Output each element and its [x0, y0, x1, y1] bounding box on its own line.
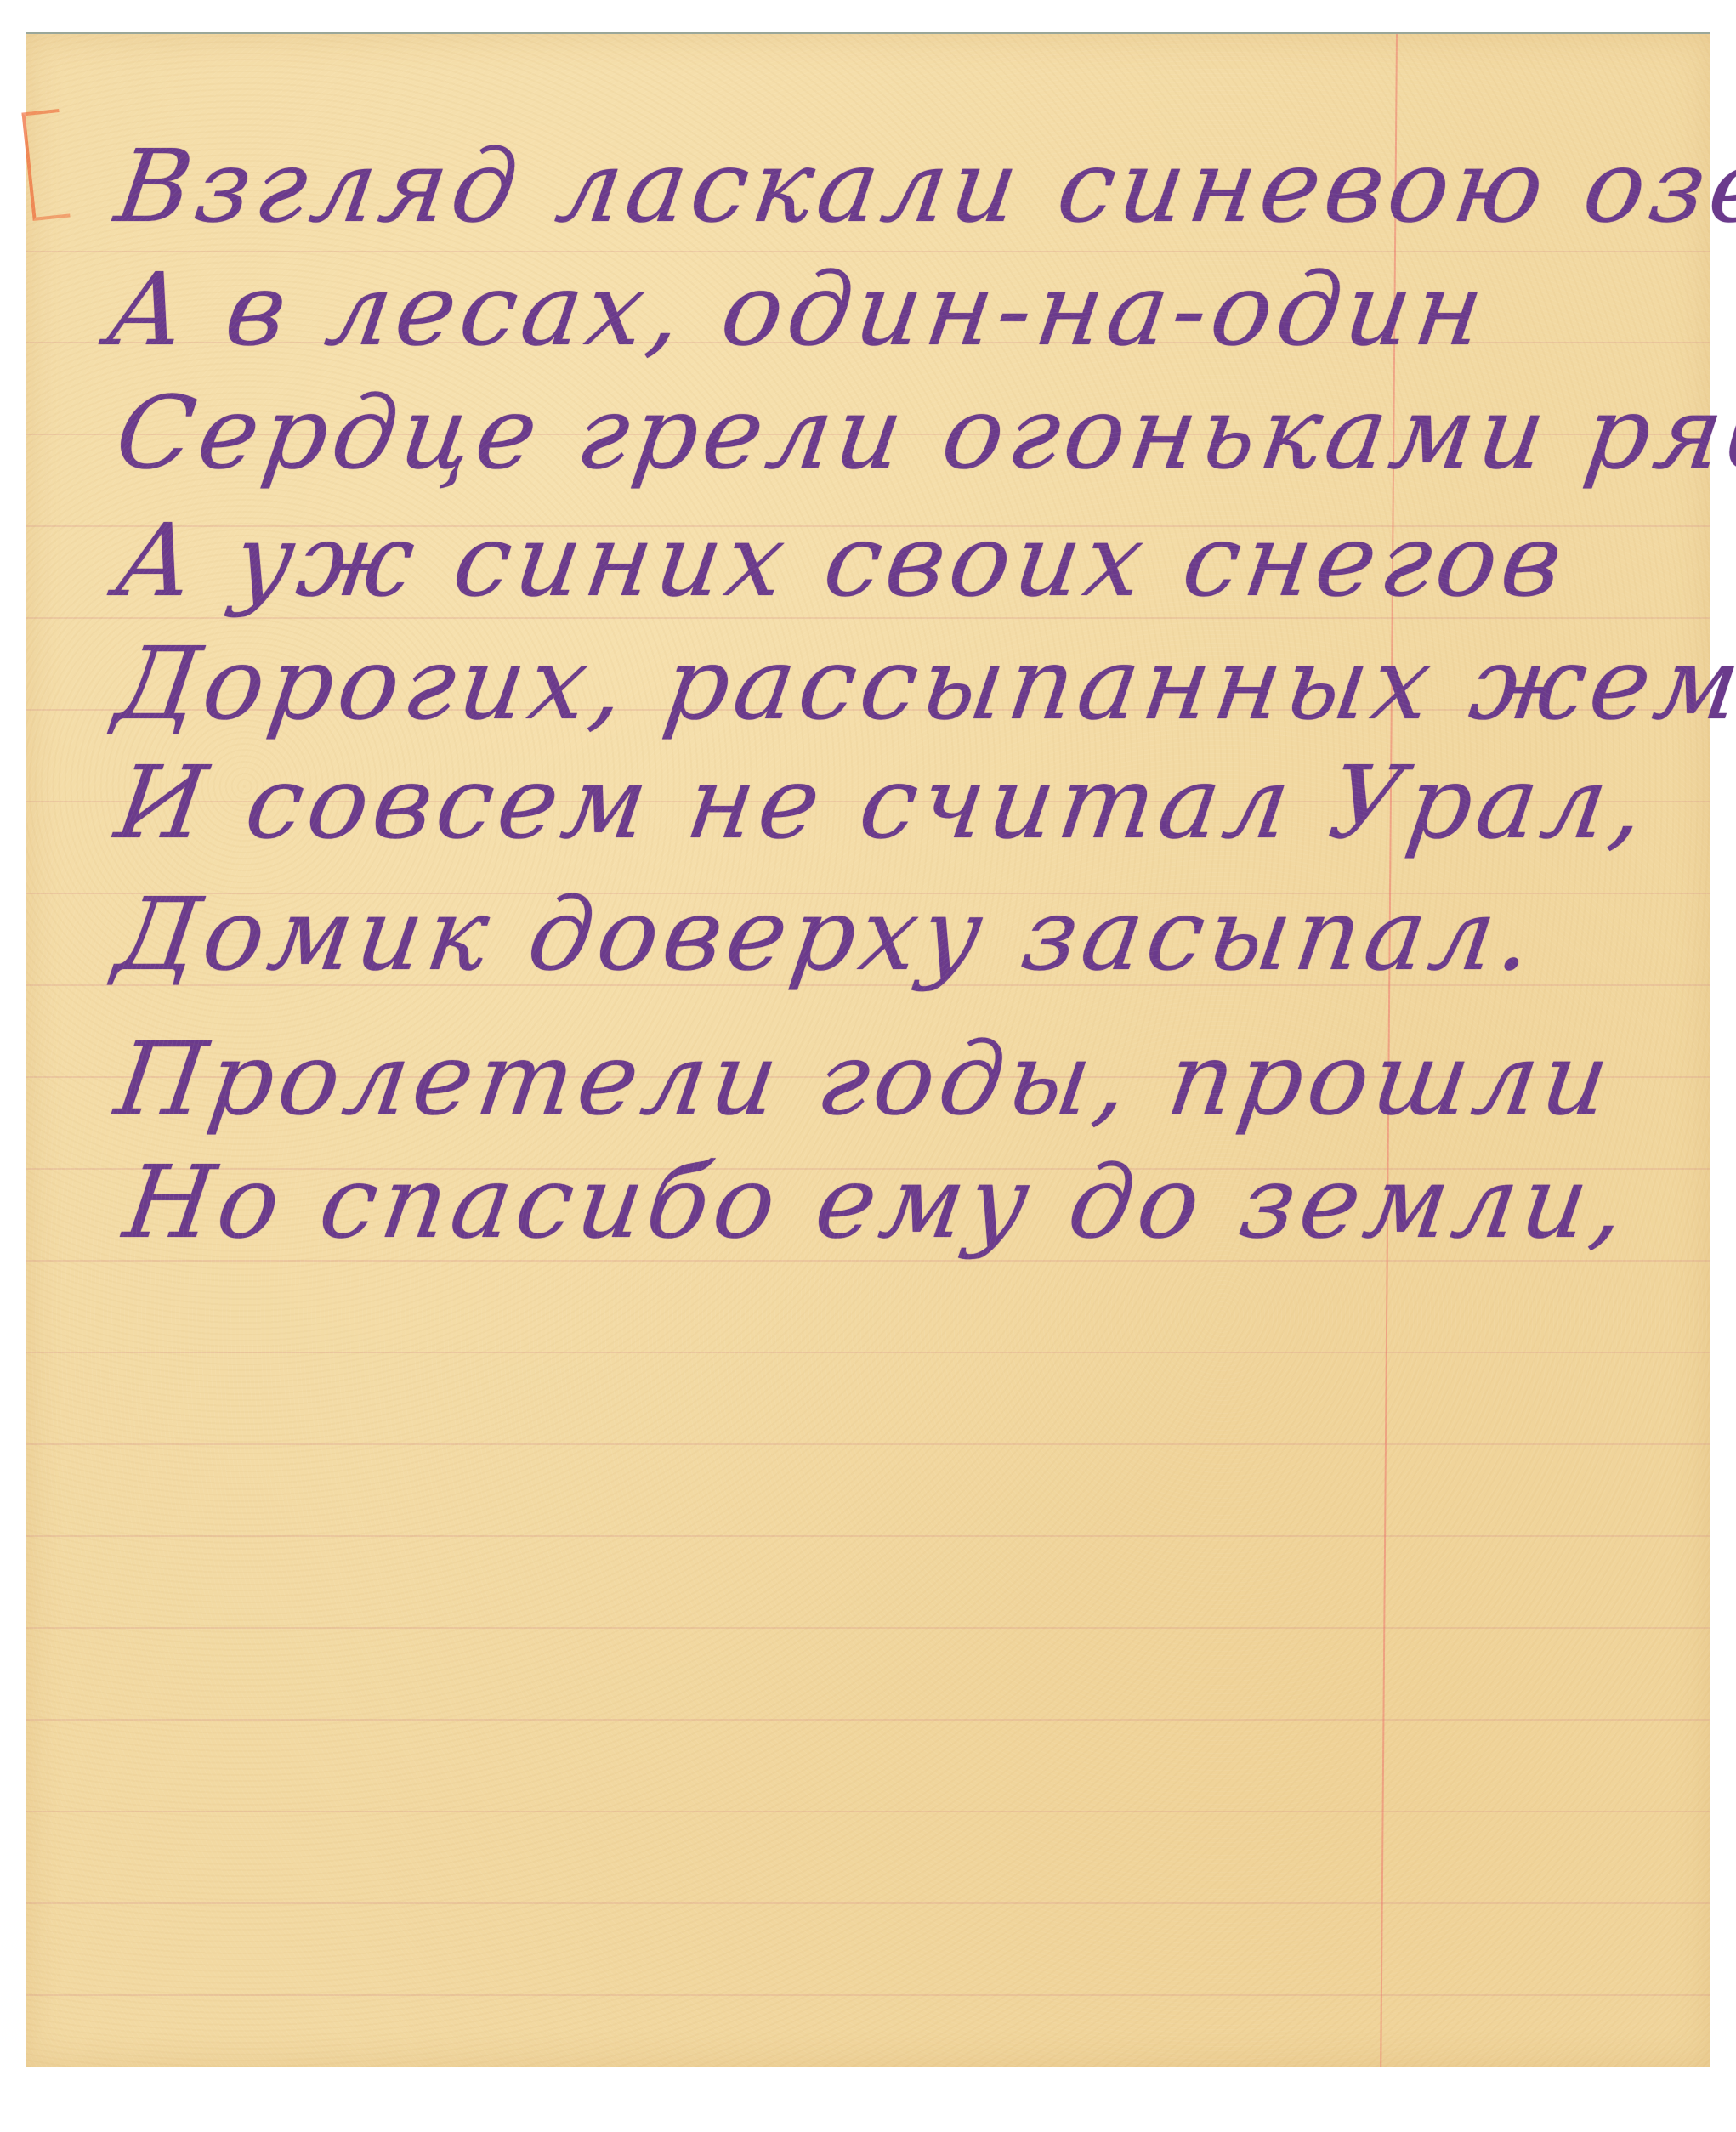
ruled-line [26, 1535, 1710, 1537]
poem-line-3: Сердце грели огоньками рябин. [111, 383, 1736, 483]
ruled-line [26, 1719, 1710, 1721]
poem-line-4: А уж синих своих снегов [111, 510, 1573, 610]
ruled-line [26, 1902, 1710, 1904]
poem-line-6: И совсем не считал Урал, [111, 752, 1655, 853]
poem-line-2: А в лесах, один-на-один [102, 259, 1495, 360]
ruled-line [26, 1994, 1710, 1996]
ruled-line [26, 1443, 1710, 1445]
poem-line-1: Взгляд ласкали синевою озёр [111, 136, 1736, 236]
red-bracket-mark [21, 109, 70, 221]
ruled-line [26, 1811, 1710, 1812]
poem-line-8: Пролетели годы, прошли [111, 1029, 1620, 1129]
poem-line-9: Но спасибо ему до земли, [119, 1152, 1637, 1252]
poem-line-5: Дорогих, рассыпанных жемчугов [111, 633, 1736, 734]
ruled-line [26, 1627, 1710, 1629]
ruled-line [26, 1352, 1710, 1353]
paper-sheet: Взгляд ласкали синевою озёр А в лесах, о… [26, 32, 1710, 2067]
poem-line-7: Домик доверху засыпал. [111, 884, 1544, 984]
